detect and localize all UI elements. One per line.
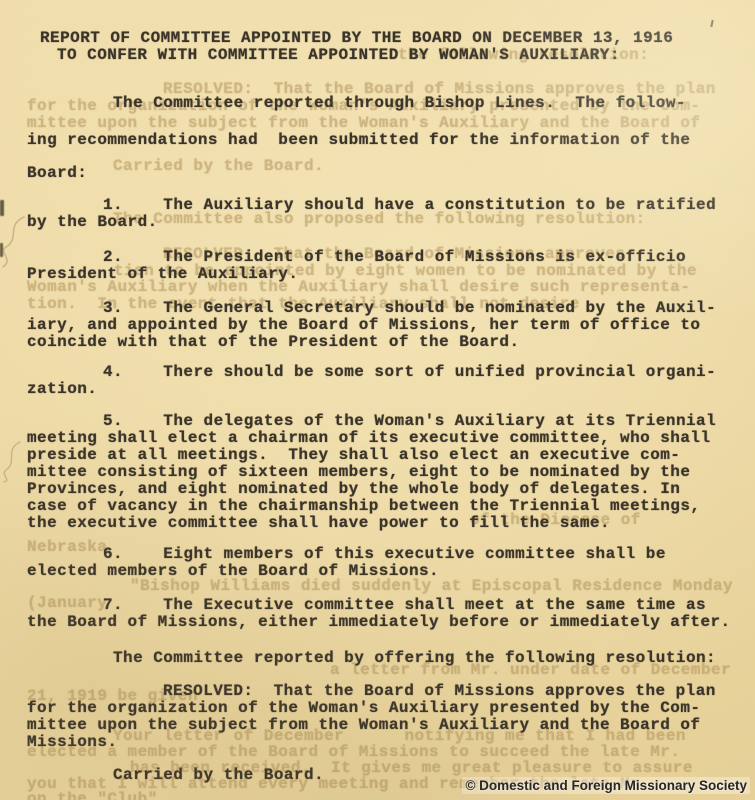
typed-line: mittee consisting of sixteen members, ei… <box>27 464 690 481</box>
copyright-notice: © Domestic and Foreign Missionary Societ… <box>462 777 750 794</box>
typed-line: preside at all meetings. They shall also… <box>27 447 680 464</box>
typed-line: REPORT OF COMMITTEE APPOINTED BY THE BOA… <box>40 30 673 47</box>
typed-line: by the Board. <box>27 214 158 231</box>
typed-line: meeting shall elect a chairman of its ex… <box>27 430 711 447</box>
typed-line: the Board of Missions, either immediatel… <box>27 614 731 631</box>
typed-line: coincide with that of the President of t… <box>27 334 520 351</box>
bleed-through-line: (January <box>27 595 107 612</box>
stray-tick-mark <box>710 20 713 27</box>
bleed-through-line: Nebraska <box>27 539 107 556</box>
typed-line: 2. The President of the Board of Mission… <box>103 249 686 266</box>
typed-line: zation. <box>27 381 97 398</box>
typed-line: 6. Eight members of this executive commi… <box>103 546 666 563</box>
typed-line: Carried by the Board. <box>113 767 324 784</box>
typed-line: 4. There should be some sort of unified … <box>103 364 716 381</box>
typed-line: iary, and appointed by the Board of Miss… <box>27 317 700 334</box>
bleed-through-line: "Bishop Williams died suddenly at Episco… <box>130 578 733 595</box>
typed-line: President of the Auxiliary. <box>27 266 298 283</box>
typed-line: The Committee reported through Bishop Li… <box>113 95 686 112</box>
typed-line: case of vacancy in the chairmanship betw… <box>27 498 700 515</box>
typed-line: the executive committee shall have power… <box>27 515 610 532</box>
typed-line: 1. The Auxiliary should have a constitut… <box>103 197 716 214</box>
pencil-squiggle <box>0 213 30 273</box>
typed-line: 3. The General Secretary should be nomin… <box>103 300 716 317</box>
pencil-squiggle <box>0 438 26 484</box>
typed-line: The Committee reported by offering the f… <box>113 650 716 667</box>
typed-line: Board: <box>27 165 87 182</box>
typed-line: Missions. <box>27 734 117 751</box>
typed-line: Provinces, and eight nominated by the wh… <box>27 481 680 498</box>
bleed-through-line: on the "Club" <box>27 791 158 800</box>
typed-line: elected members of the Board of Missions… <box>27 563 439 580</box>
typed-line: for the organization of the Woman's Auxi… <box>27 700 700 717</box>
typed-line: 5. The delegates of the Woman's Auxiliar… <box>103 413 716 430</box>
typed-line: 7. The Executive committee shall meet at… <box>103 597 706 614</box>
typed-line: mittee upon the subject from the Woman's… <box>27 717 700 734</box>
typed-line: RESOLVED: That the Board of Missions app… <box>163 683 716 700</box>
typed-line: ing recommendations had been submitted f… <box>27 132 690 149</box>
typed-line: TO CONFER WITH COMMITTEE APPOINTED BY WO… <box>57 47 620 64</box>
bleed-through-line: mittee upon the subject from the Woman's… <box>27 115 700 132</box>
bleed-through-line: Carried by the Board. <box>113 158 324 175</box>
scanned-document-page: the following resolution:RESOLVED: That … <box>0 0 755 800</box>
